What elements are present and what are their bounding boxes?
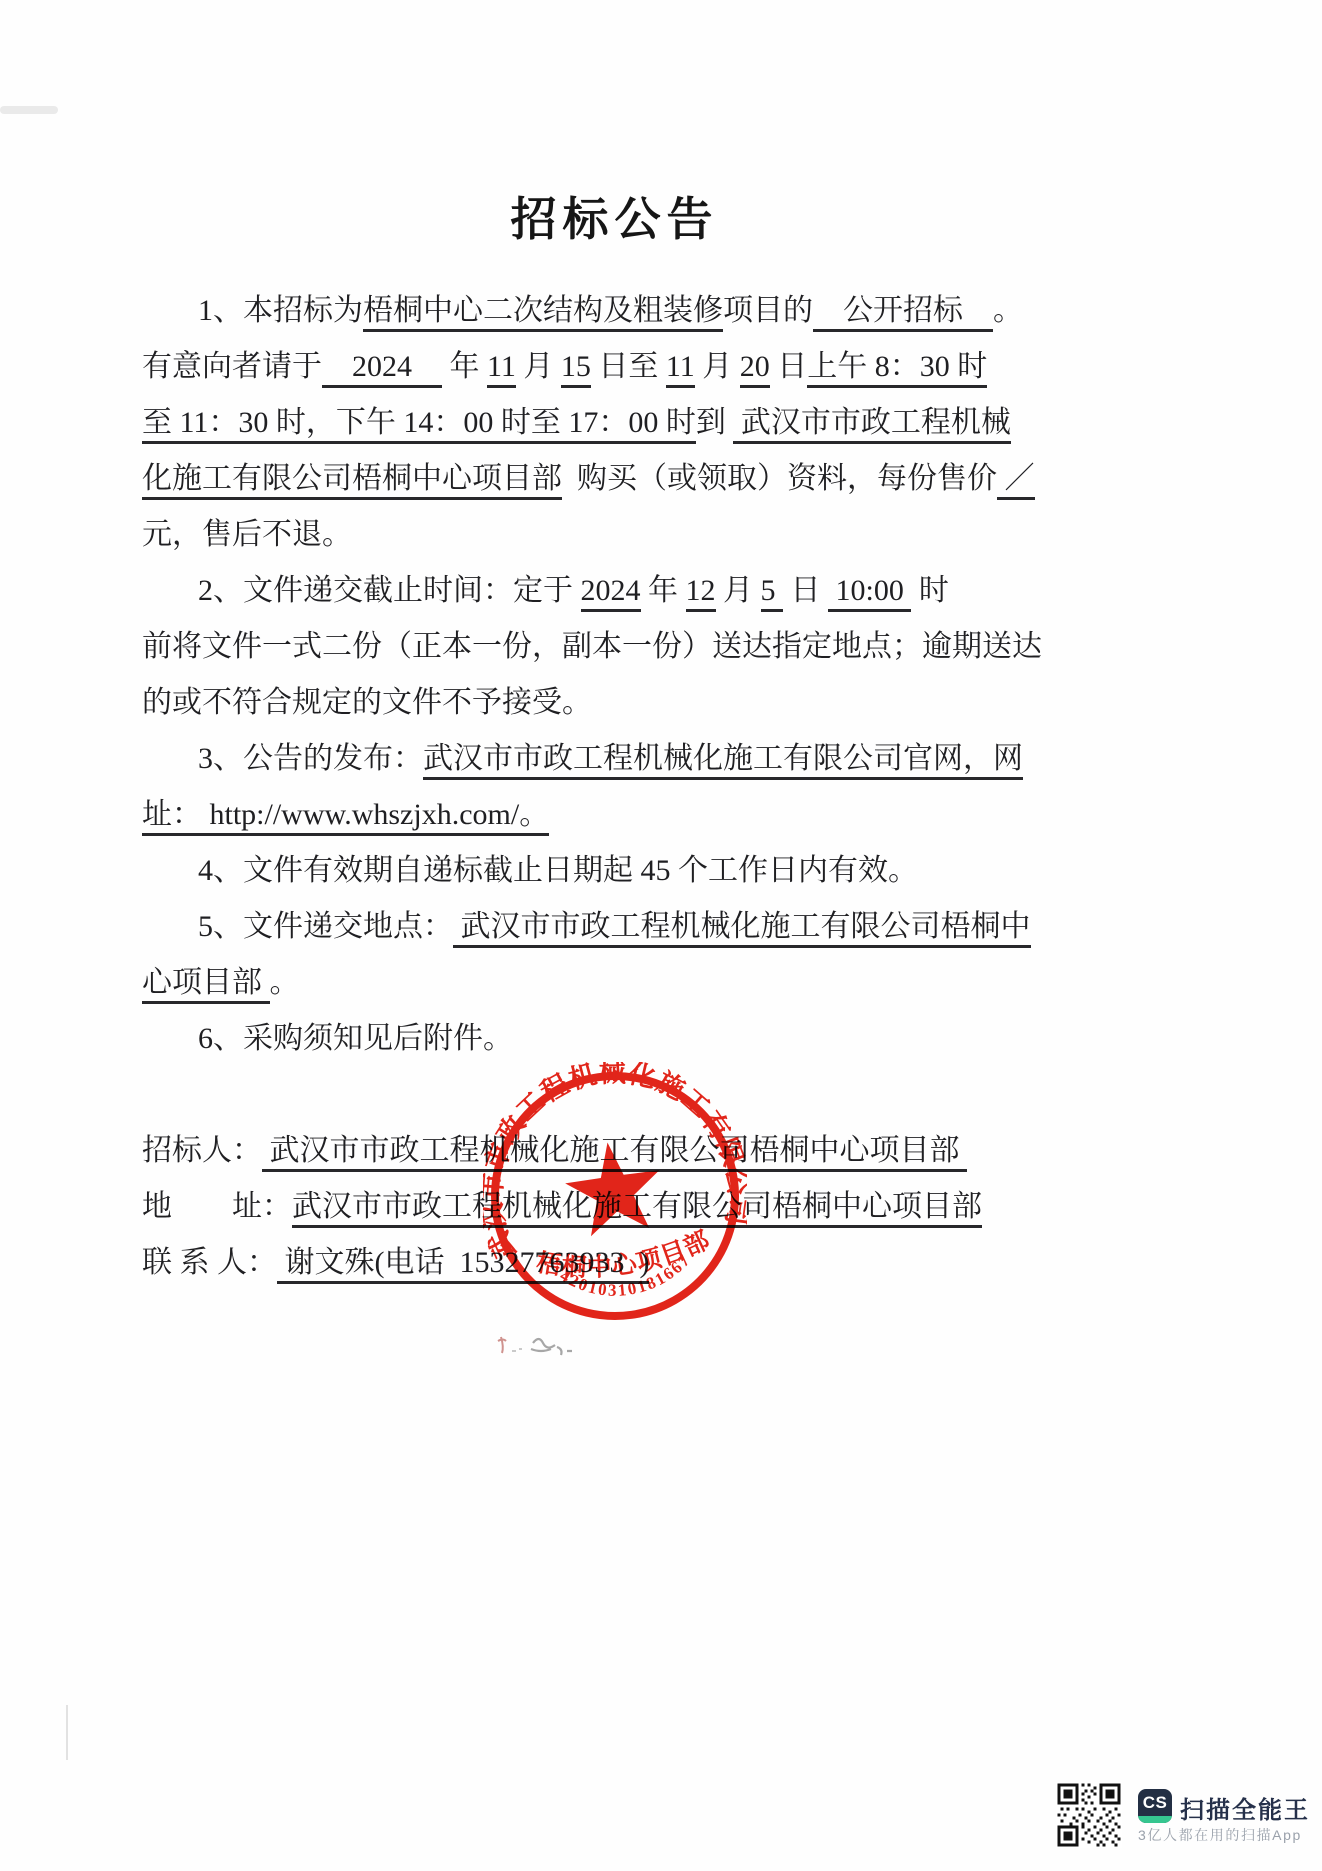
filled-blank-text: 公开招标 <box>813 294 993 332</box>
filled-blank-text: 12 <box>686 574 716 612</box>
text-segment: 日 <box>770 350 808 383</box>
text-segment: 联 系 人： <box>142 1246 277 1279</box>
camscanner-logo-icon: CS <box>1138 1789 1172 1823</box>
scan-artifact-smudge <box>0 106 58 114</box>
page-title: 招标公告 <box>142 183 1087 249</box>
text-line: 化施工有限公司梧桐中心项目部 购买（或领取）资料，每份售价 ／ <box>142 451 1132 507</box>
text-line: 址： http://www.whszjxh.com/。 <box>142 787 1132 843</box>
filled-blank-text: 心项目部 <box>142 966 270 1004</box>
filled-blank-text: 11 <box>666 350 695 388</box>
text-segment: 项目的 <box>723 294 813 327</box>
text-segment: 日 <box>783 574 828 607</box>
filled-blank-text: 梧桐中心二次结构及粗装修 <box>363 294 723 332</box>
filled-blank-text: 址： http://www.whszjxh.com/。 <box>142 798 549 836</box>
text-line: 元，售后不退。 <box>142 507 1132 563</box>
text-line: 2、文件递交截止时间：定于 2024 年 12 月 5 日 10:00 时 <box>142 563 1132 619</box>
camscanner-logo-strip <box>1138 1816 1172 1823</box>
camscanner-app-name: 扫描全能王 <box>1180 1790 1310 1825</box>
filled-blank-text: 20 <box>740 350 770 388</box>
text-line: 1、本招标为梧桐中心二次结构及粗装修项目的 公开招标 。 <box>142 283 1132 339</box>
filled-blank-text: ／ <box>997 462 1035 500</box>
text-segment: 月 <box>695 350 740 383</box>
text-segment: 6、采购须知见后附件。 <box>198 1022 513 1055</box>
text-line: 至 11：30 时，下午 14：00 时至 17：00 时到 武汉市市政工程机械 <box>142 395 1132 451</box>
text-segment: 日至 <box>591 350 666 383</box>
text-segment: 1、本招标为 <box>198 294 363 327</box>
filled-blank-text: 上午 8：30 时 <box>807 350 987 388</box>
text-segment: 月 <box>716 574 761 607</box>
filled-blank-text: 武汉市市政工程机械化施工有限公司梧桐中 <box>453 910 1031 948</box>
text-segment: 招标人： <box>142 1134 262 1167</box>
text-line: 5、文件递交地点： 武汉市市政工程机械化施工有限公司梧桐中 <box>142 899 1132 955</box>
filled-blank-text: 化施工有限公司梧桐中心项目部 <box>142 462 562 500</box>
text-line: 6、采购须知见后附件。 <box>142 1011 1132 1067</box>
text-line: 4、文件有效期自递标截止日期起 45 个工作日内有效。 <box>142 843 1132 899</box>
text-segment: 年 <box>442 350 487 383</box>
handwritten-scribble <box>495 1331 595 1363</box>
filled-blank-text: 武汉市市政工程机械 <box>733 406 1011 444</box>
filled-blank-text: 11 <box>487 350 516 388</box>
text-segment: 4、文件有效期自递标截止日期起 45 个工作日内有效。 <box>198 854 918 887</box>
text-segment: 3、公告的发布： <box>198 742 423 775</box>
scan-artifact-line <box>66 1705 68 1760</box>
filled-blank-text: 2024 <box>581 574 641 612</box>
text-segment: 元，售后不退。 <box>142 518 352 551</box>
filled-blank-text: 武汉市市政工程机械化施工有限公司官网，网 <box>423 742 1023 780</box>
text-segment: 有意向者请于 <box>142 350 322 383</box>
text-line: 3、公告的发布：武汉市市政工程机械化施工有限公司官网，网 <box>142 731 1132 787</box>
filled-blank-text: 15 <box>561 350 591 388</box>
text-segment: 月 <box>516 350 561 383</box>
filled-blank-text: 至 11：30 时，下午 14：00 时至 17：00 时 <box>142 406 696 444</box>
text-line: 心项目部 。 <box>142 955 1132 1011</box>
text-segment: 。 <box>993 294 1023 327</box>
text-segment: 的或不符合规定的文件不予接受。 <box>142 686 592 719</box>
text-segment: 购买（或领取）资料，每份售价 <box>562 462 997 495</box>
scanned-document-page: 招标公告 1、本招标为梧桐中心二次结构及粗装修项目的 公开招标 。有意向者请于 … <box>0 0 1322 1871</box>
filled-blank-text: 5 <box>761 574 784 612</box>
text-segment: 。 <box>270 966 300 999</box>
text-segment: 2、文件递交截止时间：定于 <box>198 574 581 607</box>
seal-star-icon <box>560 1136 667 1239</box>
text-segment: 地 址： <box>142 1190 292 1223</box>
text-segment: 5、文件递交地点： <box>198 910 453 943</box>
filled-blank-text: 10:00 <box>828 574 911 612</box>
qr-code <box>1056 1782 1122 1848</box>
text-line: 前将文件一式二份（正本一份，副本一份）送达指定地点；逾期送达 <box>142 619 1132 675</box>
text-segment: 到 <box>696 406 734 439</box>
filled-blank-text: 2024 <box>322 350 442 388</box>
camscanner-tagline: 3亿人都在用的扫描App <box>1138 1825 1302 1845</box>
text-line: 的或不符合规定的文件不予接受。 <box>142 675 1132 731</box>
text-segment: 时 <box>911 574 949 607</box>
text-segment: 前将文件一式二份（正本一份，副本一份）送达指定地点；逾期送达 <box>142 630 1042 663</box>
text-segment: 年 <box>641 574 686 607</box>
text-line: 有意向者请于 2024 年 11 月 15 日至 11 月 20 日上午 8：3… <box>142 339 1132 395</box>
footer-watermark: CS 扫描全能王 3亿人都在用的扫描App <box>1050 1778 1316 1858</box>
camscanner-logo-text: CS <box>1138 1790 1172 1816</box>
official-seal-stamp: 武汉市市政工程机械化施工有限公司 梧桐中心项目部 42010310181667 <box>483 1062 747 1338</box>
